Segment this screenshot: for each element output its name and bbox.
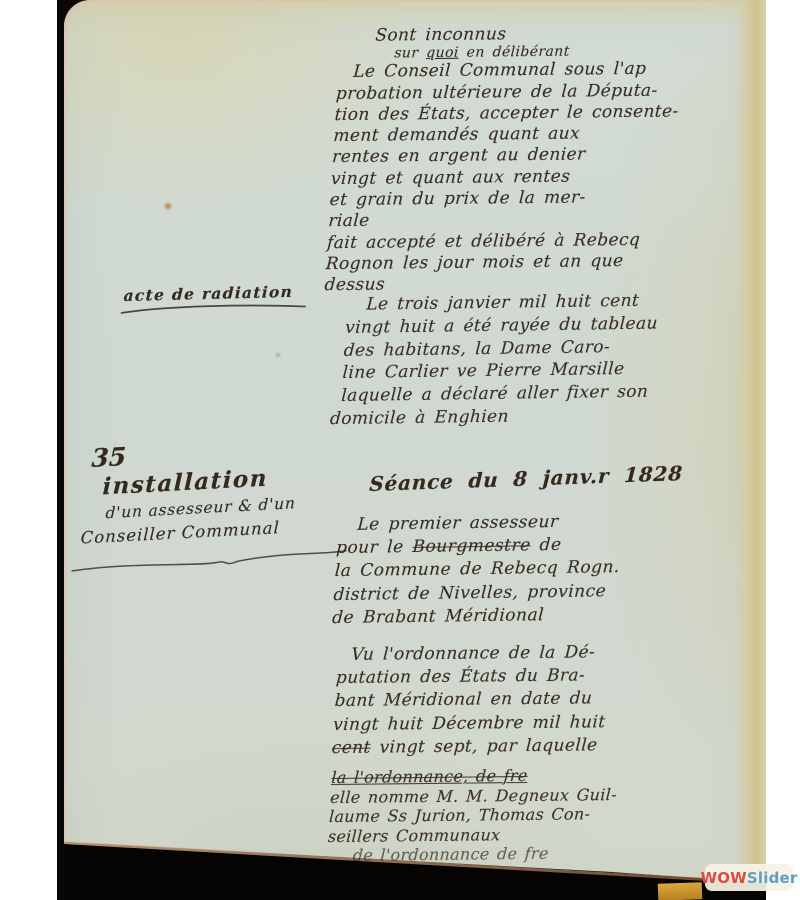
paragraph-radiation: Le trois janvier mil huit cent vingt hui…	[329, 288, 761, 431]
struck-word: Bourgmestre	[412, 536, 531, 558]
session-heading-text: Séance du 8 janv.r 1828	[369, 461, 684, 496]
manuscript-line: domicile à Enghien	[329, 402, 754, 431]
struck-word: cent	[331, 737, 371, 757]
watermark-slider-text: Slider	[747, 869, 798, 887]
manuscript-line: de Brabant Méridional	[332, 601, 749, 630]
wowslider-watermark[interactable]: WOWSlider	[705, 864, 793, 891]
session-heading: Séance du 8 janv.r 1828	[369, 461, 684, 496]
paragraph-deliberation: Sont inconnus sur quoi en délibérant Le …	[324, 22, 756, 297]
paragraph-ordonnance: Vu l'ordonnance de la Dé- putation des É…	[331, 640, 762, 761]
manuscript-line: cent vingt sept, par laquelle	[331, 732, 756, 760]
margin-note-radiation: acte de radiation	[123, 282, 294, 305]
margin-note-installation: 35 installation d'un assesseur & d'un Co…	[84, 433, 298, 550]
paragraph-assesseur: Le premier assesseur pour le Bourgmestre…	[332, 508, 754, 630]
underline-flourish	[69, 546, 349, 577]
paragraph-nomination: la l'ordonnance, de fre elle nomme M. M.…	[326, 763, 768, 865]
slider-slide: Sont inconnus sur quoi en délibérant Le …	[0, 0, 800, 900]
watermark-wow-text: WOW	[700, 869, 746, 887]
handwriting-layer: Sont inconnus sur quoi en délibérant Le …	[0, 0, 800, 900]
manuscript-line: de l'ordonnance de fre	[326, 841, 763, 865]
